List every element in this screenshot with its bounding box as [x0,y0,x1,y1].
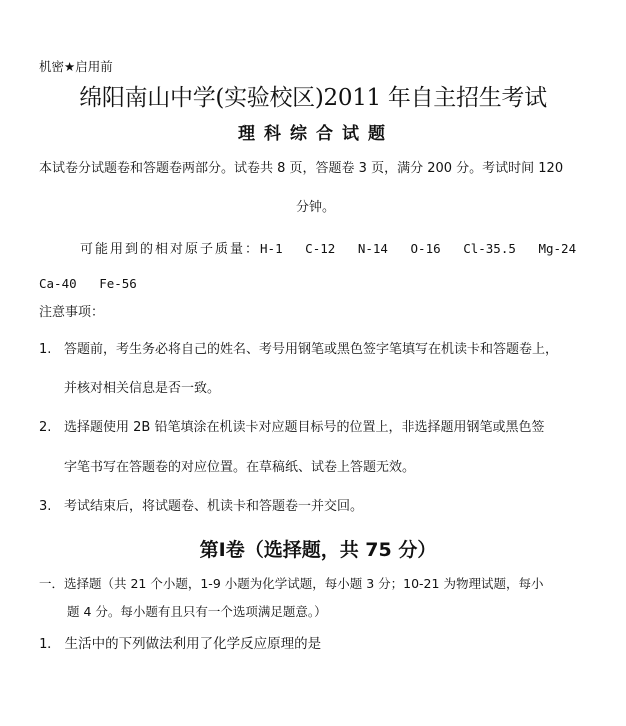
exam-title: 绵阳南山中学(实验校区)2011 年自主招生考试 [0,84,626,112]
notice-item-number: 2. [39,420,51,436]
notice-item-text-cont: 并核对相关信息是否一致。 [64,381,220,397]
confidential-mark: 机密★启用前 [39,59,113,75]
exam-subtitle: 理科综合试题 [0,124,626,144]
notice-item-text-cont: 字笔书写在答题卷的对应位置。在草稿纸、试卷上答题无效。 [64,460,415,476]
question-1: 1．生活中的下列做法利用了化学反应原理的是 [39,635,321,653]
atomic-masses-line1: 可能用到的相对原子质量：H-1 C-12 N-14 O-16 Cl-35.5 M… [80,241,576,258]
intro-text-line2: 分钟。 [0,200,626,216]
notice-item-text: 考试结束后，将试题卷、机读卡和答题卷一并交回。 [64,499,363,515]
notice-item-text: 答题前，考生务必将自己的姓名、考号用钢笔或黑色签字笔填写在机读卡和答题卷上， [64,342,558,358]
multiple-choice-intro-line1: 一．选择题（共 21 个小题，1-9 小题为化学试题，每小题 3 分；10-21… [39,576,543,592]
notice-item-number: 3. [39,499,51,515]
question-number: 1． [39,636,61,652]
intro-text-line1: 本试卷分试题卷和答题卷两部分。试卷共 8 页，答题卷 3 页，满分 200 分。… [39,161,563,177]
atomic-masses-values: H-1 C-12 N-14 O-16 Cl-35.5 Mg-24 [260,241,576,256]
atomic-masses-label: 可能用到的相对原子质量： [80,242,260,257]
notice-item-text: 选择题使用 2B 铅笔填涂在机读卡对应题目标号的位置上，非选择题用钢笔或黑色签 [64,420,544,436]
multiple-choice-intro-line2: 题 4 分。每小题有且只有一个选项满足题意。） [67,604,327,620]
notice-item-number: 1. [39,342,51,358]
atomic-masses-line2: Ca-40 Fe-56 [39,276,137,292]
notice-heading: 注意事项： [39,305,104,321]
question-text: 生活中的下列做法利用了化学反应原理的是 [65,636,322,652]
section-title: 第Ⅰ卷（选择题，共 75 分） [0,538,626,562]
